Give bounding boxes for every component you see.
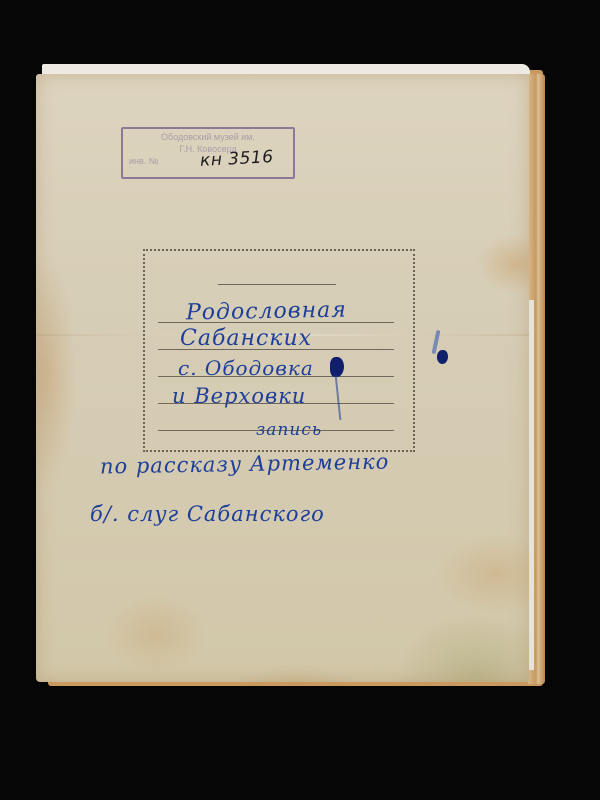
label-rule <box>218 284 336 285</box>
stamp-line: Ободовский музей им. <box>129 131 287 143</box>
handwritten-note: по рассказу Артеменко <box>100 449 390 478</box>
handwritten-title-line: Сабанских <box>180 326 312 351</box>
handwritten-title-line: с. Ободовка <box>178 356 314 380</box>
handwritten-note: б/. слуг Сабанского <box>90 502 325 526</box>
inventory-number: кн 3516 <box>200 147 275 171</box>
handwritten-title-line: и Верховки <box>172 384 306 408</box>
handwritten-title-line: Родословная <box>186 298 347 326</box>
handwritten-title-line: запись <box>256 420 322 440</box>
photo-scene: Ободовский музей им. Г.Н. Ковосерд инв. … <box>0 0 600 800</box>
